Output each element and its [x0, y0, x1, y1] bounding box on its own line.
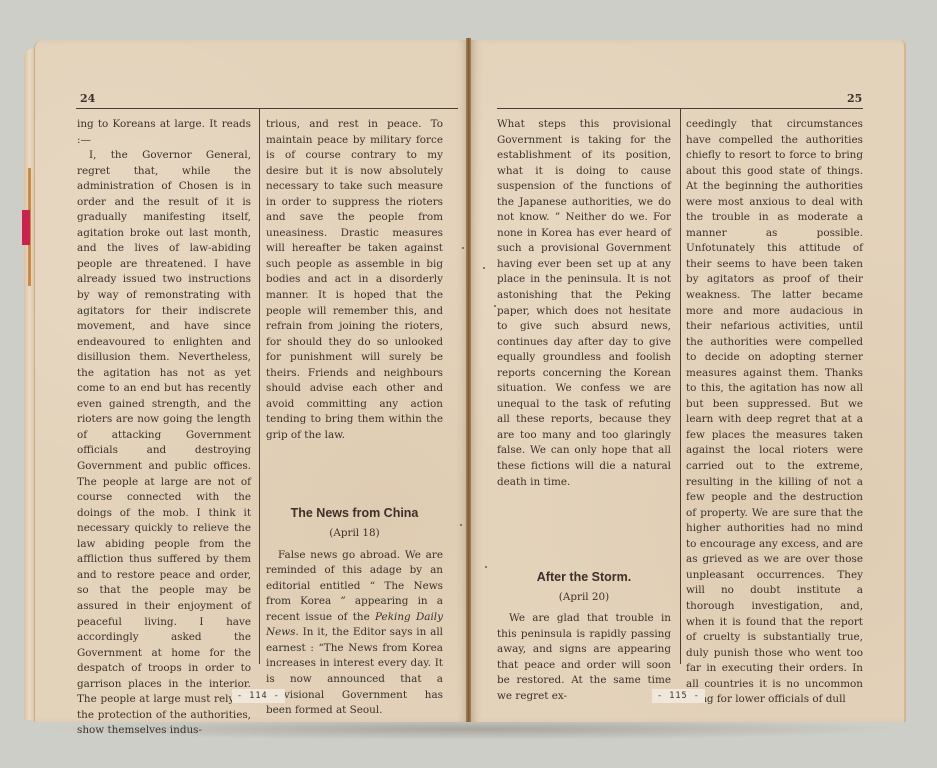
article-title: After the Storm.: [497, 570, 671, 586]
left-column-divider: [259, 108, 260, 664]
paragraph: I, the Governor General, regret that, wh…: [77, 148, 251, 739]
right-column-divider: [680, 108, 681, 664]
article-body: False news go abroad. We are reminded of…: [266, 548, 443, 719]
paper-speck: [460, 524, 462, 526]
paragraph: trious, and rest in peace. To maintain p…: [266, 117, 443, 443]
paragraph: What steps this provisional Government i…: [497, 117, 671, 490]
book-spine-gutter: [466, 38, 471, 722]
paper-speck: [483, 267, 485, 269]
left-column-1: ing to Koreans at large. It reads :— I, …: [77, 117, 251, 739]
paper-speck: [485, 566, 487, 568]
right-column-1: What steps this provisional Government i…: [497, 117, 671, 705]
right-folio: - 115 -: [652, 689, 705, 703]
paragraph: ceedingly that circumstances have compel…: [686, 117, 863, 708]
paragraph: ing to Koreans at large. It reads :—: [77, 117, 251, 148]
red-bookmark-tab: [22, 210, 30, 245]
paper-speck: [494, 305, 496, 307]
article-date: (April 20): [497, 590, 671, 606]
right-page-number: 25: [847, 92, 862, 105]
article-title: The News from China: [266, 506, 443, 522]
left-folio: - 114 -: [232, 689, 285, 703]
left-column-2: trious, and rest in peace. To maintain p…: [266, 117, 443, 719]
right-column-2: ceedingly that circumstances have compel…: [686, 117, 863, 708]
left-page-number: 24: [80, 92, 95, 105]
left-header-rule: [76, 108, 458, 109]
paper-speck: [462, 247, 464, 249]
article-body: We are glad that trouble in this peninsu…: [497, 611, 671, 704]
article-date: (April 18): [266, 526, 443, 542]
